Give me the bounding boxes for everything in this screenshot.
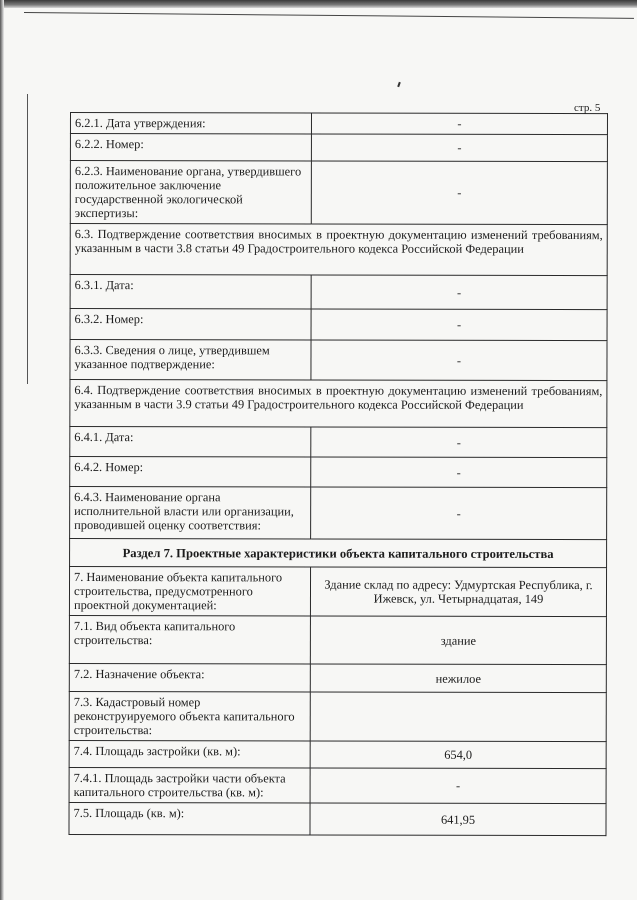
- field-label: 6.3.3. Сведения о лице, утвердившем указ…: [70, 340, 311, 381]
- field-value: -: [311, 340, 607, 381]
- field-value: здание: [310, 616, 606, 665]
- table-row: 6.3.2. Номер:-: [70, 309, 607, 341]
- field-label: 7.4.1. Площадь застройки части объекта к…: [69, 767, 310, 803]
- scan-speck: [397, 82, 401, 87]
- field-label: 7.2. Назначение объекта:: [69, 663, 310, 692]
- scan-edge-top: [0, 0, 637, 8]
- field-label: 7.1. Вид объекта капитального строительс…: [69, 615, 310, 664]
- field-value: -: [310, 768, 606, 804]
- section-heading: Раздел 7. Проектные характеристики объек…: [70, 539, 607, 568]
- table-row: 7.4. Площадь застройки (кв. м):654,0: [69, 740, 606, 768]
- table-row: 7.2. Назначение объекта:нежилое: [69, 663, 606, 692]
- subsection-heading: 6.4. Подтверждение соответствия вносимых…: [70, 380, 607, 428]
- field-value: -: [311, 457, 607, 488]
- scan-rule: [24, 12, 634, 19]
- field-value: нежилое: [310, 664, 606, 693]
- table-row: 6.4.2. Номер:-: [70, 457, 607, 488]
- table-row: 7.5. Площадь (кв. м):641,95: [69, 802, 606, 835]
- table-row: 6.2.2. Номер:-: [70, 134, 607, 162]
- field-value: Здание склад по адресу: Удмуртская Респу…: [310, 567, 606, 617]
- field-value: [310, 692, 606, 742]
- table-row: 6.4.3. Наименование органа исполнительно…: [70, 487, 607, 540]
- table-row: 6.4. Подтверждение соответствия вносимых…: [70, 380, 607, 428]
- field-value: -: [311, 161, 607, 225]
- document-table: 6.2.1. Дата утверждения:-6.2.2. Номер:-6…: [68, 112, 608, 836]
- field-label: 6.2.1. Дата утверждения:: [70, 113, 311, 135]
- field-value: 654,0: [310, 741, 606, 769]
- table-row: 6.3. Подтверждение соответствия вносимых…: [70, 224, 607, 276]
- field-value: -: [311, 275, 607, 310]
- table-row: 6.4.1. Дата:-: [70, 427, 607, 458]
- table-row: 6.2.3. Наименование органа, утвердившего…: [70, 161, 607, 225]
- subsection-heading: 6.3. Подтверждение соответствия вносимых…: [70, 224, 607, 276]
- field-label: 6.4.3. Наименование органа исполнительно…: [70, 487, 311, 540]
- scan-edge-left: [0, 0, 4, 900]
- field-value: -: [311, 113, 607, 135]
- table-row: Раздел 7. Проектные характеристики объек…: [70, 539, 607, 568]
- field-label: 6.3.1. Дата:: [70, 275, 311, 310]
- field-label: 6.2.3. Наименование органа, утвердившего…: [70, 161, 311, 225]
- field-value: -: [311, 427, 607, 458]
- table-row: 6.2.1. Дата утверждения:-: [70, 113, 607, 135]
- field-label: 7. Наименование объекта капитального стр…: [69, 567, 310, 617]
- field-label: 7.4. Площадь застройки (кв. м):: [69, 740, 310, 768]
- field-value: -: [311, 309, 607, 341]
- field-value: -: [311, 487, 607, 540]
- field-label: 7.5. Площадь (кв. м):: [69, 802, 310, 835]
- field-label: 6.2.2. Номер:: [70, 134, 311, 162]
- field-label: 6.3.2. Номер:: [70, 309, 311, 341]
- table-row: 6.3.3. Сведения о лице, утвердившем указ…: [70, 340, 607, 381]
- table-row: 6.3.1. Дата:-: [70, 275, 607, 310]
- field-value: -: [311, 134, 607, 162]
- field-label: 6.4.1. Дата:: [70, 427, 311, 458]
- binding-mark: [27, 94, 28, 384]
- field-label: 7.3. Кадастровый номер реконструируемого…: [69, 691, 310, 741]
- table-row: 7.3. Кадастровый номер реконструируемого…: [69, 691, 606, 741]
- table-row: 7.1. Вид объекта капитального строительс…: [69, 615, 606, 664]
- table-row: 7. Наименование объекта капитального стр…: [69, 567, 606, 617]
- table-row: 7.4.1. Площадь застройки части объекта к…: [69, 767, 606, 803]
- field-label: 6.4.2. Номер:: [70, 457, 311, 488]
- field-value: 641,95: [310, 803, 606, 836]
